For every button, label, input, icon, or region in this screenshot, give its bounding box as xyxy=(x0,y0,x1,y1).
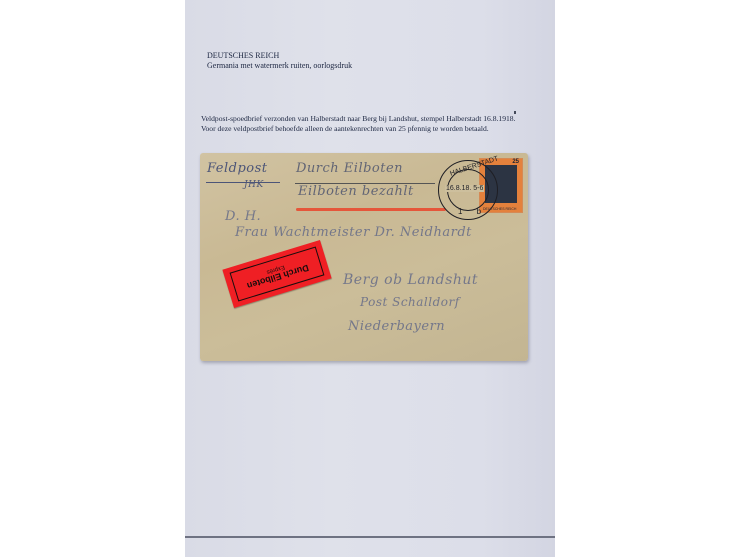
dust-speck xyxy=(514,111,516,114)
page-divider xyxy=(185,536,555,538)
express-label-frame: Durch Eilboten Exprès xyxy=(230,246,325,301)
heading-subtitle: Germania met watermerk ruiten, oorlogsdr… xyxy=(207,61,352,71)
handwriting-destination: Berg ob Landshut xyxy=(343,272,478,288)
handwriting-addressee: Frau Wachtmeister Dr. Neidhardt xyxy=(235,225,472,240)
underline xyxy=(206,182,280,183)
item-description: Veldpost-spoedbrief verzonden van Halber… xyxy=(201,114,521,134)
handwriting-region: Niederbayern xyxy=(348,319,445,334)
handwriting-durch-eilboten: Durch Eilboten xyxy=(296,161,403,176)
handwriting-signature: JHK xyxy=(244,180,264,190)
handwriting-initials: D. H. xyxy=(225,209,261,224)
heading-title: DEUTSCHES REICH xyxy=(207,51,352,61)
postmark: HALBERSTADT 16.8.18. 5-6 1 b xyxy=(438,160,498,220)
handwriting-feldpost: Feldpost xyxy=(207,161,268,176)
handwriting-eilboten-bezahlt: Eilboten bezahlt xyxy=(298,184,414,199)
postmark-date: 16.8.18. 5-6 xyxy=(445,185,484,192)
page-heading: DEUTSCHES REICH Germania met watermerk r… xyxy=(207,51,352,71)
handwriting-post-line: Post Schalldorf xyxy=(360,295,460,309)
express-label: Durch Eilboten Exprès xyxy=(222,240,331,308)
red-crayon-line xyxy=(296,208,446,211)
stamp-value: 25 xyxy=(512,159,519,165)
postmark-code: 1 b xyxy=(458,207,487,216)
envelope-cover: Feldpost JHK Durch Eilboten Eilboten bez… xyxy=(200,153,528,361)
